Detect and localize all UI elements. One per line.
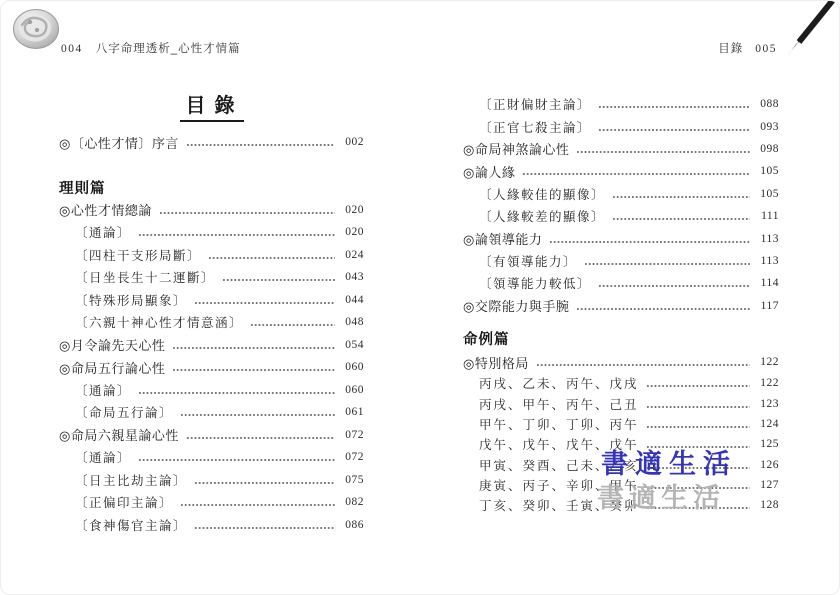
toc-right-page: 〔正財偏財主論〕088〔正官七殺主論〕093◎命局神煞論心性098◎論人緣105…	[463, 93, 779, 515]
toc-entry: ◎命局五行論心性060	[59, 356, 364, 379]
toc-subentry: 〔正官七殺主論〕093	[463, 115, 779, 137]
toc-entry: ◎論領導能力113	[463, 227, 779, 249]
left-page-number: 004	[61, 43, 83, 55]
toc-right-entries: 〔正財偏財主論〕088〔正官七殺主論〕093◎命局神煞論心性098◎論人緣105…	[463, 93, 779, 515]
dotted-leader	[194, 479, 335, 487]
dotted-leader	[598, 126, 750, 134]
entry-label: 理則篇	[59, 177, 106, 198]
page-number: 093	[754, 121, 779, 133]
entry-label: 〔日坐長生十二運斷〕	[59, 268, 215, 286]
toc-case-entry: 丁亥、癸卯、壬寅、癸卯128	[463, 495, 779, 515]
entry-label: 〔特殊形局顯象〕	[59, 291, 187, 309]
entry-label: ◎特別格局	[463, 353, 529, 372]
page-number: 072	[339, 451, 364, 463]
right-running-title: 目錄	[718, 40, 743, 56]
dotted-leader	[208, 254, 335, 262]
toc-subentry: 〔正財偏財主論〕088	[463, 93, 779, 115]
dotted-leader	[576, 148, 750, 156]
dotted-leader	[646, 443, 750, 451]
toc-subentry: 〔領導能力較低〕114	[463, 272, 779, 294]
toc-section-header: 理則篇	[59, 176, 364, 199]
dotted-leader	[172, 366, 335, 374]
entry-label: 〔正官七殺主論〕	[463, 118, 591, 136]
page-number: 114	[754, 277, 779, 289]
toc-case-entry: 戊午、戊午、戊午、戊午125	[463, 434, 779, 454]
entry-label: 甲午、丁卯、丁卯、丙午	[463, 415, 639, 433]
toc-case-entry: 庚寅、丙子、辛卯、甲午127	[463, 475, 779, 495]
dotted-leader	[598, 282, 750, 290]
entry-label: 〔有領導能力〕	[463, 252, 577, 270]
page-number: 024	[339, 249, 364, 261]
dotted-leader	[646, 464, 750, 472]
entry-label: 〔人緣較佳的顯像〕	[463, 185, 605, 203]
entry-label: 丁亥、癸卯、壬寅、癸卯	[463, 496, 639, 514]
page-number: 127	[754, 479, 779, 491]
toc-subentry: 〔食神傷官主論〕086	[59, 514, 364, 537]
page-number: 126	[754, 459, 779, 471]
page-number: 044	[339, 294, 364, 306]
dotted-leader	[138, 231, 335, 239]
toc-entry: ◎月令論先天心性054	[59, 334, 364, 357]
toc-left-entries: ◎〔心性才情〕序言002理則篇◎心性才情總論020〔通論〕020〔四柱干支形局斷…	[59, 131, 364, 536]
entry-label: ◎〔心性才情〕序言	[59, 133, 179, 152]
dotted-leader	[194, 299, 335, 307]
toc-entry: ◎交際能力與手腕117	[463, 295, 779, 317]
dotted-leader	[159, 209, 335, 217]
page-number: 113	[754, 255, 779, 267]
entry-label: 丙戌、甲午、丙午、己丑	[463, 395, 639, 413]
page-number: 043	[339, 271, 364, 283]
toc-subentry: 〔通論〕060	[59, 379, 364, 402]
book-toc-spread: 004 八字命理透析_心性才情篇 目錄 005 目錄 ◎〔心性才情〕序言002理…	[0, 0, 840, 595]
page-number: 105	[754, 165, 779, 177]
page-number: 075	[339, 474, 364, 486]
toc-entry: ◎論人緣105	[463, 160, 779, 182]
entry-label: ◎月令論先天心性	[59, 335, 165, 354]
toc-subentry: 〔人緣較差的顯像〕111	[463, 205, 779, 227]
page-number: 122	[754, 377, 779, 389]
toc-subentry: 〔六親十神心性才情意涵〕048	[59, 311, 364, 334]
toc-case-entry: 甲午、丁卯、丁卯、丙午124	[463, 414, 779, 434]
page-number: 060	[339, 384, 364, 396]
entry-label: 〔食神傷官主論〕	[59, 516, 187, 534]
entry-label: 命例篇	[463, 328, 510, 349]
page-number: 061	[339, 406, 364, 418]
publisher-seal-logo	[13, 9, 61, 51]
dotted-leader	[612, 193, 750, 201]
toc-entry: ◎命局神煞論心性098	[463, 138, 779, 160]
page-number: 060	[339, 361, 364, 373]
entry-label: 甲寅、癸酉、己未、乙亥	[463, 456, 639, 474]
toc-case-entry: 丙戌、乙未、丙午、戊戌122	[463, 373, 779, 393]
entry-label: 〔通論〕	[59, 381, 131, 399]
dotted-leader	[250, 321, 335, 329]
page-number: 105	[754, 188, 779, 200]
entry-label: ◎心性才情總論	[59, 200, 152, 219]
dotted-leader	[180, 411, 335, 419]
entry-label: 〔日主比劫主論〕	[59, 471, 187, 489]
left-running-title: 八字命理透析_心性才情篇	[96, 40, 241, 56]
toc-spacer	[463, 317, 779, 327]
toc-subentry: 〔人緣較佳的顯像〕105	[463, 183, 779, 205]
page-number: 002	[339, 136, 364, 148]
dotted-leader	[138, 389, 335, 397]
entry-label: 丙戌、乙未、丙午、戊戌	[463, 374, 639, 392]
entry-label: 戊午、戊午、戊午、戊午	[463, 435, 639, 453]
dotted-leader	[186, 141, 335, 149]
page-number: 122	[754, 356, 779, 368]
dotted-leader	[646, 403, 750, 411]
toc-case-entry: 丙戌、甲午、丙午、己丑123	[463, 394, 779, 414]
toc-section-header: 命例篇	[463, 327, 779, 351]
toc-entry: ◎心性才情總論020	[59, 199, 364, 222]
dotted-leader	[138, 456, 335, 464]
dotted-leader	[646, 382, 750, 390]
dotted-leader	[522, 170, 750, 178]
page-number: 123	[754, 398, 779, 410]
dotted-leader	[194, 524, 335, 532]
entry-label: 〔正財偏財主論〕	[463, 95, 591, 113]
entry-label: 〔命局五行論〕	[59, 403, 173, 421]
running-header-left: 004 八字命理透析_心性才情篇	[61, 40, 241, 56]
dotted-leader	[536, 361, 750, 369]
entry-label: 〔正偏印主論〕	[59, 493, 173, 511]
dotted-leader	[186, 434, 335, 442]
toc-subentry: 〔通論〕020	[59, 221, 364, 244]
toc-subentry: 〔日坐長生十二運斷〕043	[59, 266, 364, 289]
pen-icon-graphic	[767, 1, 839, 73]
page-number: 020	[339, 204, 364, 216]
page-number: 072	[339, 429, 364, 441]
entry-label: ◎命局五行論心性	[59, 358, 165, 377]
dotted-leader	[612, 215, 750, 223]
page-number: 048	[339, 316, 364, 328]
page-number: 020	[339, 226, 364, 238]
toc-subentry: 〔四柱干支形局斷〕024	[59, 244, 364, 267]
page-number: 082	[339, 496, 364, 508]
page-number: 125	[754, 438, 779, 450]
entry-label: 〔四柱干支形局斷〕	[59, 246, 201, 264]
entry-label: ◎命局神煞論心性	[463, 139, 569, 158]
toc-subentry: 〔命局五行論〕061	[59, 401, 364, 424]
dotted-leader	[646, 484, 750, 492]
toc-entry: ◎特別格局122	[463, 351, 779, 373]
dotted-leader	[172, 344, 335, 352]
dotted-leader	[576, 305, 750, 313]
pen-icon	[767, 1, 839, 73]
entry-label: ◎交際能力與手腕	[463, 296, 569, 315]
toc-subentry: 〔通論〕072	[59, 446, 364, 469]
toc-subentry: 〔正偏印主論〕082	[59, 491, 364, 514]
page-number: 088	[754, 98, 779, 110]
seal-icon	[13, 9, 61, 51]
toc-subentry: 〔特殊形局顯象〕044	[59, 289, 364, 312]
toc-entry: ◎〔心性才情〕序言002	[59, 131, 364, 154]
toc-title: 目錄	[180, 89, 244, 122]
dotted-leader	[584, 260, 750, 268]
entry-label: 庚寅、丙子、辛卯、甲午	[463, 476, 639, 494]
dotted-leader	[180, 501, 335, 509]
dotted-leader	[646, 423, 750, 431]
entry-label: 〔六親十神心性才情意涵〕	[59, 313, 243, 331]
toc-subentry: 〔日主比劫主論〕075	[59, 469, 364, 492]
page-number: 113	[754, 233, 779, 245]
toc-spacer	[59, 154, 364, 177]
dotted-leader	[598, 103, 750, 111]
toc-entry: ◎命局六親星論心性072	[59, 424, 364, 447]
page-number: 098	[754, 143, 779, 155]
entry-label: ◎論領導能力	[463, 229, 542, 248]
entry-label: ◎命局六親星論心性	[59, 425, 179, 444]
toc-left-page: 目錄 ◎〔心性才情〕序言002理則篇◎心性才情總論020〔通論〕020〔四柱干支…	[59, 89, 364, 536]
page-number: 117	[754, 300, 779, 312]
entry-label: 〔通論〕	[59, 448, 131, 466]
page-number: 124	[754, 418, 779, 430]
entry-label: ◎論人緣	[463, 162, 515, 181]
entry-label: 〔人緣較差的顯像〕	[463, 207, 605, 225]
entry-label: 〔通論〕	[59, 223, 131, 241]
entry-label: 〔領導能力較低〕	[463, 274, 591, 292]
dotted-leader	[549, 238, 750, 246]
page-number: 054	[339, 339, 364, 351]
page-number: 111	[754, 210, 779, 222]
dotted-leader	[222, 276, 335, 284]
page-number: 128	[754, 499, 779, 511]
page-number: 086	[339, 519, 364, 531]
toc-title-wrap: 目錄	[59, 89, 364, 131]
toc-case-entry: 甲寅、癸酉、己未、乙亥126	[463, 454, 779, 474]
toc-subentry: 〔有領導能力〕113	[463, 250, 779, 272]
dotted-leader	[646, 504, 750, 512]
